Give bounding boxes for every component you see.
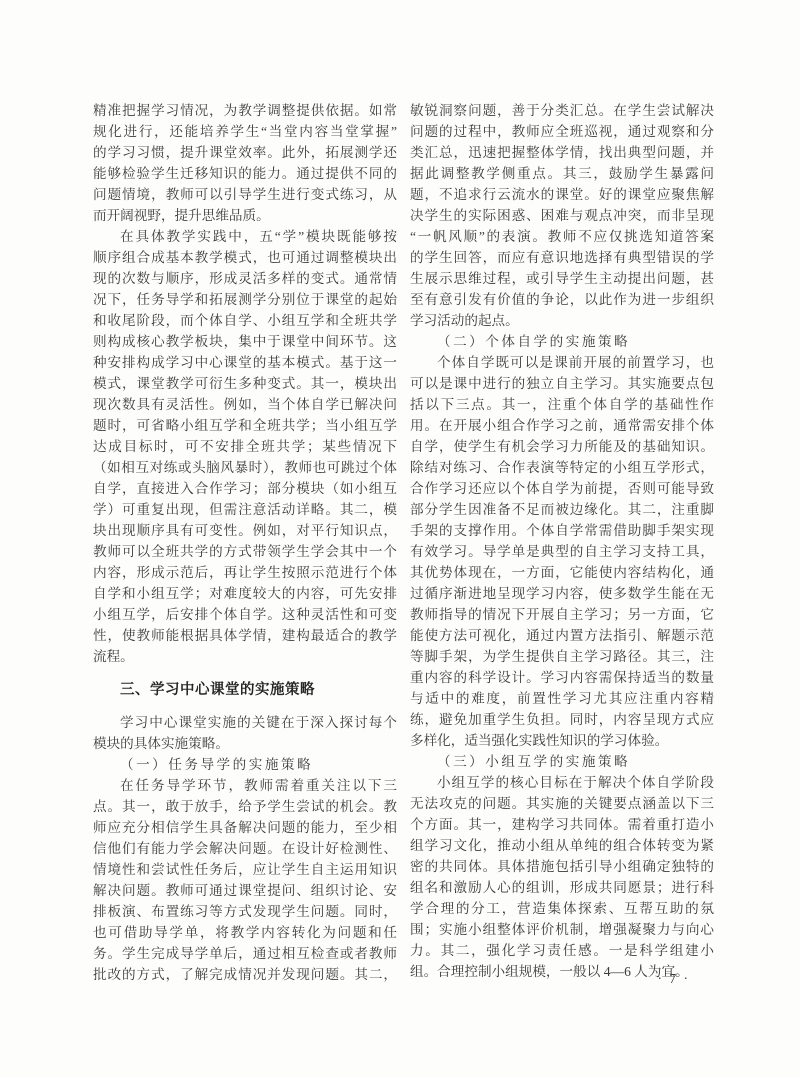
section-heading: 三、学习中心课堂的实施策略 <box>93 680 397 701</box>
body-text-line: 小组互学的核心目标在于解决个体自学阶段 <box>410 772 714 793</box>
body-text-line: 力。其二，强化学习责任感。一是科学组建小 <box>410 940 714 961</box>
body-text-line: 密的共同体。具体措施包括引导小组确定独特的 <box>410 856 714 877</box>
subsection-heading: （三）小组互学的实施策略 <box>410 751 714 772</box>
subsection-heading: （一）任务导学的实施策略 <box>93 754 397 775</box>
body-text-line: 题时，可省略小组互学和全班共学；当小组互学 <box>93 415 397 436</box>
body-text-line: 无法攻克的问题。其实施的关键要点涵盖以下三 <box>410 793 714 814</box>
body-text-line: 括以下三点。其一，注重个体自学的基础性作 <box>410 394 714 415</box>
body-text-line: 种安排构成学习中心课堂的基本模式。基于这一 <box>93 352 397 373</box>
body-text-line: 除结对练习、合作表演等特定的小组互学形式， <box>410 457 714 478</box>
body-text-line: 有效学习。导学单是典型的自主学习支持工具， <box>410 541 714 562</box>
body-text-line: 学习活动的起点。 <box>410 310 714 331</box>
body-text-line: （如相互对练或头脑风暴时），教师也可跳过个体 <box>93 457 397 478</box>
left-column: 精准把握学习情况，为教学调整提供依据。如常规化进行，还能培养学生“当堂内容当堂掌… <box>93 100 397 985</box>
body-text-line: 精准把握学习情况，为教学调整提供依据。如常 <box>93 100 397 121</box>
body-text-line: 性，使教师能根据具体学情，建构最适合的教学 <box>93 625 397 646</box>
body-text-line: 情境性和尝试性任务后，应让学生自主运用知识 <box>93 859 397 880</box>
body-text-line: 教师可以全班共学的方式带领学生学会其中一个 <box>93 541 397 562</box>
body-text-line: 其优势体现在，一方面，它能使内容结构化，通 <box>410 562 714 583</box>
body-text-line: 流程。 <box>93 646 397 667</box>
body-text-line: 解决问题。教师可通过课堂提问、组织讨论、安 <box>93 880 397 901</box>
body-text-line: 块出现顺序具有可变性。例如，对平行知识点， <box>93 520 397 541</box>
body-text-line: 个方面。其一，建构学习共同体。需着重打造小 <box>410 814 714 835</box>
body-text-line: 至有意引发有价值的争论，以此作为进一步组织 <box>410 289 714 310</box>
body-text-line: 达成目标时，可不安排全班共学；某些情况下 <box>93 436 397 457</box>
body-text-line: 与适中的难度，前置性学习尤其应注重内容精 <box>410 688 714 709</box>
body-text-line: 能使方法可视化，通过内置方法指引、解题示范 <box>410 625 714 646</box>
body-text-line: 练，避免加重学生负担。同时，内容呈现方式应 <box>410 709 714 730</box>
body-text-line: 用。在开展小组合作学习之前，通常需安排个体 <box>410 415 714 436</box>
body-text-line: 在具体教学实践中，五“学”模块既能够按 <box>93 226 397 247</box>
body-text-line: 多样化，适当强化实践性知识的学习体验。 <box>410 730 714 751</box>
body-text-line: 而开阔视野，提升思维品质。 <box>93 205 397 226</box>
body-text-line: 问题的过程中，教师应全班巡视，通过观察和分 <box>410 121 714 142</box>
body-text-line: 围；实施小组整体评价机制，增强凝聚力与向心 <box>410 919 714 940</box>
body-text-line: 模块的具体实施策略。 <box>93 733 397 754</box>
body-text-line: 现的次数与顺序，形成灵活多样的变式。通常情 <box>93 268 397 289</box>
body-text-line: 况下，任务导学和拓展测学分别位于课堂的起始 <box>93 289 397 310</box>
body-text-line: 现次数具有灵活性。例如，当个体自学已解决问 <box>93 394 397 415</box>
body-text-line: 问题情境，教师可以引导学生进行变式练习，从 <box>93 184 397 205</box>
body-text-line: 部分学生因准备不足而被边缘化。其二，注重脚 <box>410 499 714 520</box>
body-text-line: 内容，形成示范后，再让学生按照示范进行个体 <box>93 562 397 583</box>
document-page: 精准把握学习情况，为教学调整提供依据。如常规化进行，还能培养学生“当堂内容当堂掌… <box>0 0 800 1077</box>
body-text-line: 合作学习还应以个体自学为前提，否则可能导致 <box>410 478 714 499</box>
body-text-line: 务。学生完成导学单后，通过相互检查或者教师 <box>93 943 397 964</box>
body-text-line: 信他们有能力学会解决问题。在设计好检测性、 <box>93 838 397 859</box>
body-text-line: 重内容的科学设计。学习内容需保持适当的数量 <box>410 667 714 688</box>
body-text-line: 学合理的分工，营造集体探索、互帮互助的氛 <box>410 898 714 919</box>
body-text-line: “一帆风顺”的表演。教师不应仅挑选知道答案 <box>410 226 714 247</box>
body-text-line: 学）可重复出现，但需注意活动详略。其二，模 <box>93 499 397 520</box>
body-text-line: 自学，直接进入合作学习；部分模块（如小组互 <box>93 478 397 499</box>
body-text-line: 手架的支撑作用。个体自学常需借助脚手架实现 <box>410 520 714 541</box>
body-text-line: 过循序渐进地呈现学习内容，使多数学生能在无 <box>410 583 714 604</box>
body-text-line: 则构成核心教学板块，集中于课堂中间环节。这 <box>93 331 397 352</box>
subsection-heading: （二）个体自学的实施策略 <box>410 331 714 352</box>
body-text-line: 组名和激励人心的组训，形成共同愿景；进行科 <box>410 877 714 898</box>
body-text-line: 批改的方式，了解完成情况并发现问题。其二， <box>93 964 397 985</box>
page-number: · 7 · <box>410 971 714 987</box>
body-text-line: 生展示思维过程，或引导学生主动提出问题，甚 <box>410 268 714 289</box>
body-text-line: 规化进行，还能培养学生“当堂内容当堂掌握” <box>93 121 397 142</box>
body-text-line: 可以是课中进行的独立自主学习。其实施要点包 <box>410 373 714 394</box>
body-text-line: 模式，课堂教学可衍生多种变式。其一，模块出 <box>93 373 397 394</box>
body-text-line: 能够检验学生迁移知识的能力。通过提供不同的 <box>93 163 397 184</box>
body-text-line: 也可借助导学单，将教学内容转化为问题和任 <box>93 922 397 943</box>
body-text-line: 自学，使学生有机会学习力所能及的基础知识。 <box>410 436 714 457</box>
body-text-line: 类汇总，迅速把握整体学情，找出典型问题，并 <box>410 142 714 163</box>
body-text-line: 和收尾阶段，而个体自学、小组互学和全班共学 <box>93 310 397 331</box>
right-column: 敏锐洞察问题，善于分类汇总。在学生尝试解决问题的过程中，教师应全班巡视，通过观察… <box>410 100 714 985</box>
body-text-line: 个体自学既可以是课前开展的前置学习，也 <box>410 352 714 373</box>
body-text-line: 决学生的实际困惑、困难与观点冲突，而非呈现 <box>410 205 714 226</box>
body-text-line: 小组互学，后安排个体自学。这种灵活性和可变 <box>93 604 397 625</box>
two-column-layout: 精准把握学习情况，为教学调整提供依据。如常规化进行，还能培养学生“当堂内容当堂掌… <box>93 100 714 985</box>
body-text-line: 在任务导学环节，教师需着重关注以下三 <box>93 775 397 796</box>
body-text-line: 顺序组合成基本教学模式，也可通过调整模块出 <box>93 247 397 268</box>
body-text-line: 等脚手架，为学生提供自主学习路径。其三，注 <box>410 646 714 667</box>
body-text-line: 教师指导的情况下开展自主学习；另一方面，它 <box>410 604 714 625</box>
body-text-line: 据此调整教学侧重点。其三，鼓励学生暴露问 <box>410 163 714 184</box>
body-text-line: 排板演、布置练习等方式发现学生问题。同时， <box>93 901 397 922</box>
body-text-line: 师应充分相信学生具备解决问题的能力，至少相 <box>93 817 397 838</box>
body-text-line: 的学习习惯，提升课堂效率。此外，拓展测学还 <box>93 142 397 163</box>
body-text-line: 学习中心课堂实施的关键在于深入探讨每个 <box>93 712 397 733</box>
body-text-line: 的学生回答，而应有意识地选择有典型错误的学 <box>410 247 714 268</box>
body-text-line: 题，不追求行云流水的课堂。好的课堂应聚焦解 <box>410 184 714 205</box>
body-text-line: 敏锐洞察问题，善于分类汇总。在学生尝试解决 <box>410 100 714 121</box>
body-text-line: 自学和小组互学；对难度较大的内容，可先安排 <box>93 583 397 604</box>
body-text-line: 点。其一，敢于放手，给予学生尝试的机会。教 <box>93 796 397 817</box>
body-text-line: 组学习文化，推动小组从单纯的组合体转变为紧 <box>410 835 714 856</box>
